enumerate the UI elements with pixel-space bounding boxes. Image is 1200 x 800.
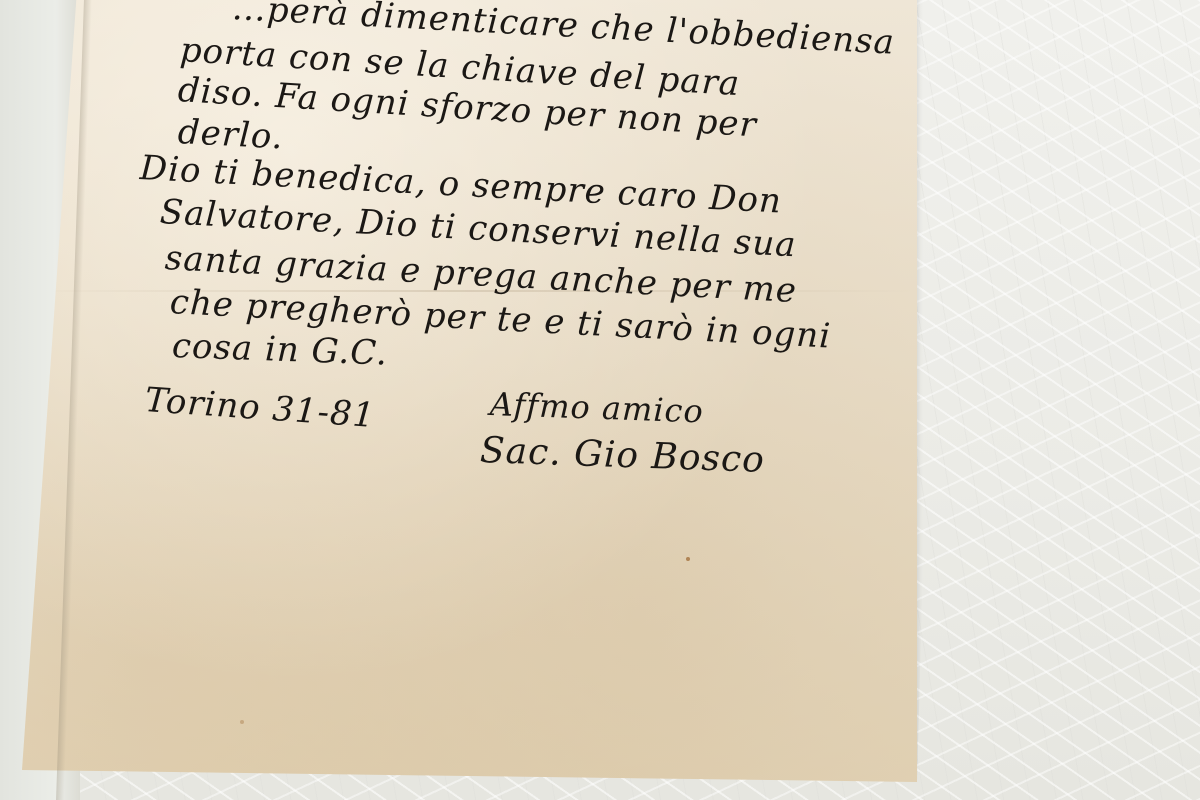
ink-spot (686, 557, 690, 561)
letter-line: cosa in G.C. (171, 326, 388, 374)
handwritten-letter: …perà dimenticare che l'obbediensa porta… (0, 0, 1200, 800)
letter-signature: Sac. Gio Bosco (479, 430, 765, 481)
letter-closing: Affmo amico (489, 385, 704, 430)
foxing-spot (240, 720, 244, 724)
letter-date: Torino 31-81 (144, 380, 377, 436)
